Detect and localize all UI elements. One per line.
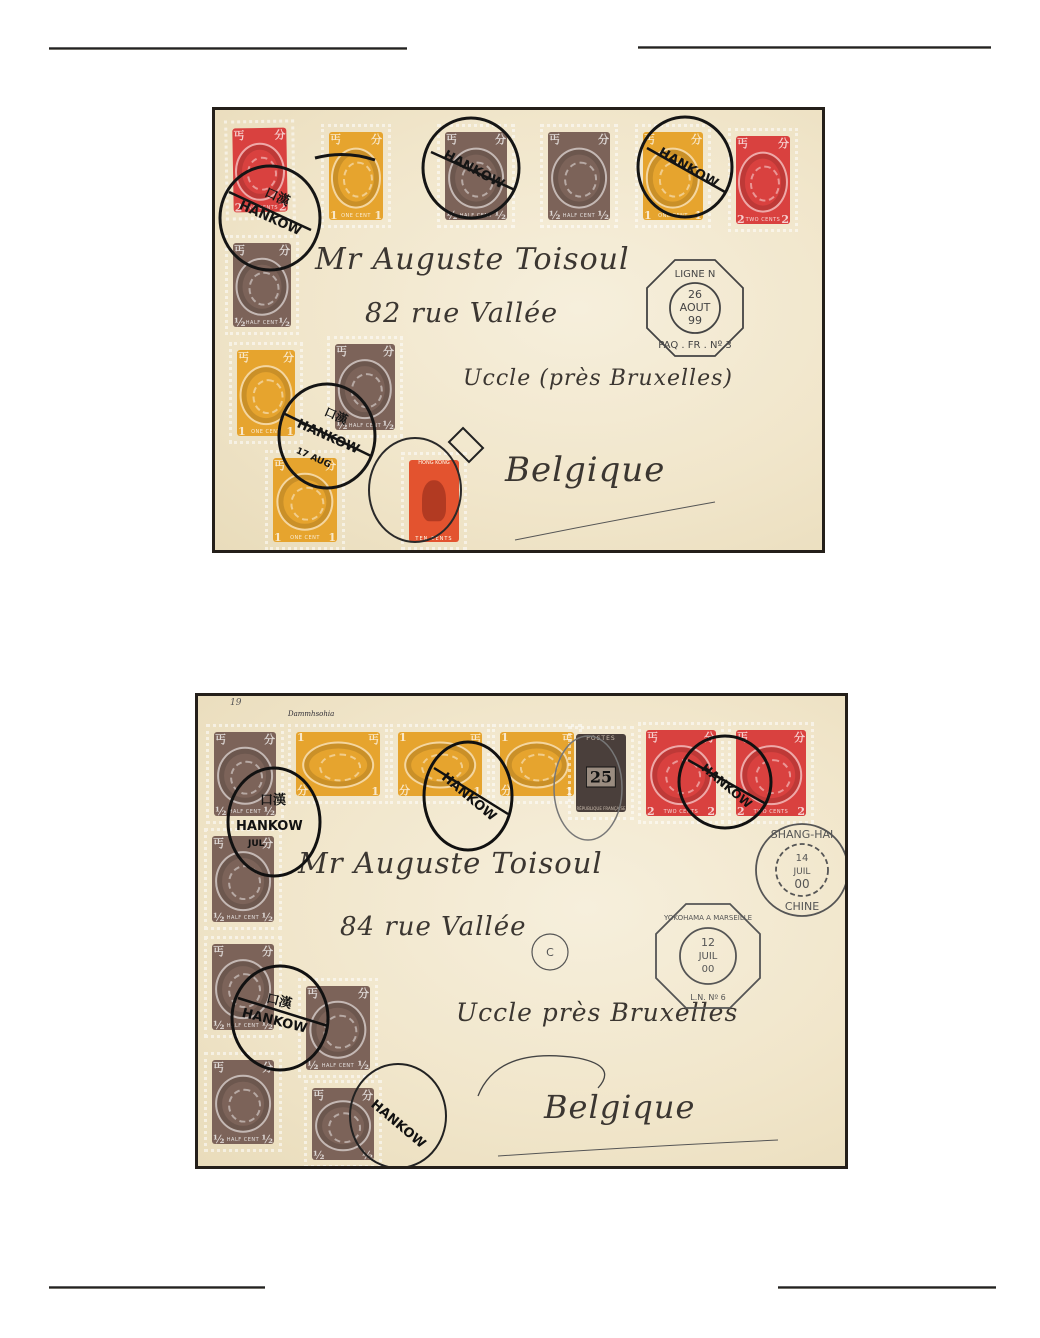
svg-text:PAQ . FR . Nº 3: PAQ . FR . Nº 3 [658,340,731,351]
stamp-2-cents: 丐分22TWO CENTS [224,119,296,220]
stamp-half-cent: 丐分½½HALF CENT [204,1052,282,1152]
stamp-half-cent: 丐分½½HALF CENT [225,235,299,335]
svg-text:JUIL: JUIL [793,867,811,877]
top-right-rule [638,46,991,49]
svg-text:00: 00 [702,964,715,975]
stamp-half-cent: 丐分½½HALF CENT [204,936,282,1038]
svg-text:YOKOHAMA A MARSEILLE: YOKOHAMA A MARSEILLE [663,914,752,922]
svg-text:SHANG-HAI: SHANG-HAI [771,828,834,841]
stamp-1-cent: 1丐分1 [288,724,388,804]
pencil-note: 19 [230,698,241,708]
stamp-1-cent: 丐分11ONE CENT [265,450,345,550]
yokohama-marseille-postmark [532,904,760,1008]
address-line-3: Uccle (près Bruxelles) [463,366,733,391]
stamp-2-cents: 丐分22TWO CENTS [728,722,814,824]
stamp-half-cent: 丐分½½HALF CENT [327,336,403,438]
svg-text:JUIL: JUIL [698,951,718,962]
stamp-half-cent: 丐分½½HALF CENT [298,978,378,1078]
stamp-france-25c: POSTES25RÉPUBLIQUE FRANÇAISE [568,726,634,820]
svg-text:CHINE: CHINE [785,900,819,913]
svg-text:C: C [546,946,554,959]
cover-1-envelope: 丐分22TWO CENTS 丐分11ONE CENT 丐分½½HALF CENT… [212,107,825,553]
bottom-right-rule [778,1286,996,1289]
svg-text:99: 99 [688,314,702,327]
address-line-4: Belgique [544,1088,695,1126]
stamp-half-cent: 丐分½½HALF CENT [437,124,515,228]
stamp-2-cents: 丐分22TWO CENTS [638,722,724,824]
stamp-1-cent: 1丐分1 [390,724,490,804]
svg-text:26: 26 [688,288,702,301]
shanghai-postmark [756,824,848,916]
stamp-1-cent: 丐分11ONE CENT [229,342,303,444]
svg-text:12: 12 [701,936,715,949]
address-line-4: Belgique [505,450,665,490]
ligne-n-postmark [647,260,743,356]
stamp-2-cents: 丐分22TWO CENTS [728,128,798,232]
stamp-1-cent: 丐分11ONE CENT [321,124,391,228]
svg-text:AOUT: AOUT [680,301,711,314]
cover-2-envelope: 19 Dammhsohia 丐分½½HALF CENT 1丐分1 1丐分1 1丐… [195,693,848,1169]
svg-text:00: 00 [794,877,809,891]
top-left-rule [49,47,407,50]
stamp-half-cent: 丐分½½HALF CENT [540,124,618,228]
address-line-2: 84 rue Vallée [340,912,526,942]
svg-text:14: 14 [796,853,809,864]
stamp-1-cent: 丐分11ONE CENT [635,124,711,228]
stamp-hong-kong-10-cents: HONG KONGTEN CENTS [401,452,467,550]
stamp-half-cent: 丐分½½HALF CENT [206,724,284,824]
address-line-1: Mr Auguste Toisoul [315,242,630,277]
address-line-3: Uccle près Bruxelles [456,998,738,1027]
svg-text:LIGNE N: LIGNE N [675,269,716,280]
bottom-left-rule [49,1286,265,1289]
address-line-2: 82 rue Vallée [365,298,558,329]
stamp-half-cent: 丐分½½ [304,1080,382,1168]
address-line-1: Mr Auguste Toisoul [298,846,603,880]
stamp-half-cent: 丐分½½HALF CENT [204,828,282,930]
ink-note: Dammhsohia [288,710,334,718]
